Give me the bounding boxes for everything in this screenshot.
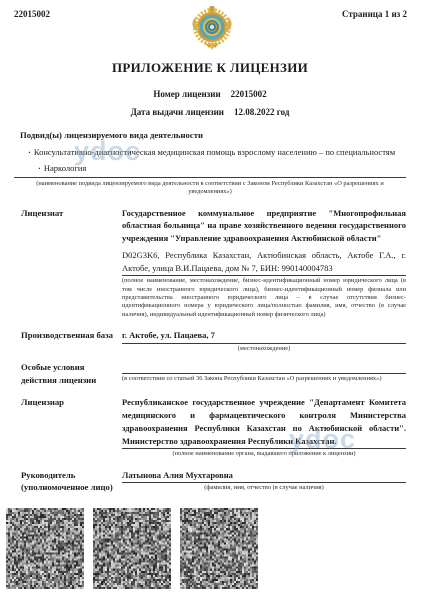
licensor-section: Лицензиар Республиканское государственно… <box>14 396 406 458</box>
license-appendix-page: 22015002 Страница 1 из 2 ydoc ydoc ПРИЛО <box>0 0 424 600</box>
divider <box>122 342 406 344</box>
page-title: ПРИЛОЖЕНИЕ К ЛИЦЕНЗИИ <box>14 60 406 76</box>
head-label-line2: (уполномоченное лицо) <box>21 481 122 494</box>
head-label: Руководитель (уполномоченное лицо) <box>14 469 122 494</box>
licensor-value: Республиканское государственное учрежден… <box>122 396 406 447</box>
qr-code-row <box>6 508 258 589</box>
licensee-label: Лицензиат <box>14 207 122 319</box>
license-number-label: Номер лицензии <box>153 89 220 99</box>
subtype-item: ·Консультативно-диагностическая медицинс… <box>28 147 406 157</box>
production-base-label: Производственная база <box>14 329 122 353</box>
licensor-caption: (полное наименование органа, выдавшего п… <box>122 450 406 458</box>
licensee-address: D02G3K6, Республика Казахстан, Актюбинск… <box>122 249 406 275</box>
production-base-value: г. Актобе, ул. Пацаева, 7 <box>122 329 406 342</box>
license-date-line: Дата выдачи лицензии12.08.2022 год <box>14 107 406 117</box>
divider <box>122 274 406 276</box>
licensee-caption: (полное наименование, местонахождение, б… <box>122 277 406 319</box>
bullet-icon: · <box>28 147 31 157</box>
subtype-item-text: Наркология <box>44 163 86 173</box>
production-base-caption: (местонахождение) <box>122 345 406 353</box>
document-number: 22015002 <box>14 9 50 19</box>
qr-code <box>93 508 171 589</box>
license-number-line: Номер лицензии22015002 <box>14 89 406 99</box>
kazakhstan-emblem-icon <box>188 6 236 58</box>
head-section: Руководитель (уполномоченное лицо) Латын… <box>14 469 406 494</box>
divider <box>122 447 406 449</box>
subtype-item: ·Наркология <box>38 163 406 173</box>
divider <box>122 481 406 483</box>
divider <box>122 372 406 374</box>
special-conditions-label: Особые условия действия лицензии <box>14 361 122 386</box>
special-conditions-section: Особые условия действия лицензии (в соот… <box>14 361 406 386</box>
license-date-label: Дата выдачи лицензии <box>131 107 224 117</box>
licensor-label: Лицензиар <box>14 396 122 458</box>
qr-code <box>6 508 84 589</box>
divider <box>14 176 406 178</box>
license-date-value: 12.08.2022 год <box>234 107 289 117</box>
license-number-value: 22015002 <box>231 89 267 99</box>
special-conditions-caption: (в соответствии со статьей 36 Закона Рес… <box>122 375 406 383</box>
head-label-line1: Руководитель <box>21 469 122 482</box>
page-indicator: Страница 1 из 2 <box>342 9 407 19</box>
licensee-name: Государственное коммунальное предприятие… <box>122 207 406 245</box>
bullet-icon: · <box>38 163 41 173</box>
production-base-section: Производственная база г. Актобе, ул. Пац… <box>14 329 406 353</box>
qr-code <box>180 508 258 589</box>
subtypes-heading: Подвид(ы) лицензируемого вида деятельнос… <box>20 130 406 140</box>
licensee-section: Лицензиат Государственное коммунальное п… <box>14 207 406 319</box>
subtypes-caption: (наименование подвида лицензируемого вид… <box>24 180 396 197</box>
head-caption: (фамилия, имя, отчество (в случае наличи… <box>122 484 406 492</box>
head-value: Латынова Алия Мухтаровна <box>122 469 406 482</box>
subtype-item-text: Консультативно-диагностическая медицинск… <box>34 147 395 157</box>
